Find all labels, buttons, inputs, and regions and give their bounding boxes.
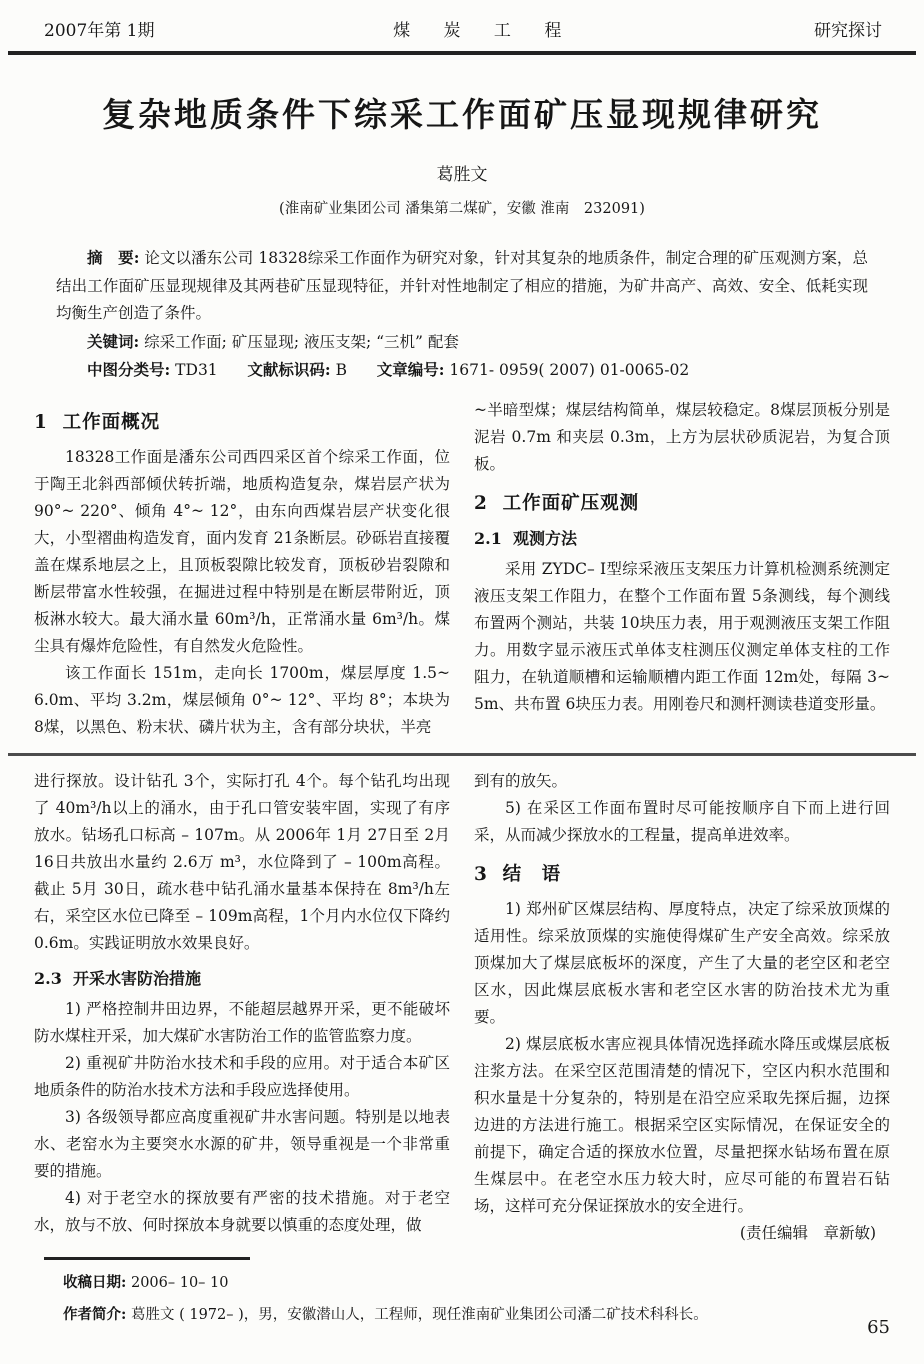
doc-code-label: 文献标识码: [247, 360, 330, 379]
paragraph-continuation-roof: ~半暗型煤；煤层结构简单，煤层较稳定。8煤层顶板分别是泥岩 0.7m 和夹层 0… [474, 397, 890, 478]
section-1-title: 工作面概况 [63, 412, 161, 433]
measure-item-1: 1) 严格控制井田边界，不能超层越界开采，更不能破坏防水煤柱开采，加大煤矿水害防… [34, 996, 450, 1050]
measure-item-2: 2) 重视矿井防治水技术和手段的应用。对于适合本矿区地质条件的防治水技术方法和手… [34, 1050, 450, 1104]
column-left-bottom: 进行探放。设计钻孔 3个，实际打孔 4个。每个钻孔均出现了 40m³/h以上的涌… [34, 768, 450, 1247]
section-2-3-number: 2.3 [34, 969, 62, 988]
section-2-3-title: 开采水害防治措施 [73, 969, 201, 988]
author-name: 葛胜文 [0, 160, 924, 185]
section-2-1-heading: 2.1观测方法 [474, 525, 890, 552]
measure-item-3: 3) 各级领导都应高度重视矿井水害问题。特别是以地表水、老窑水为主要突水水源的矿… [34, 1104, 450, 1185]
clc-label: 中图分类号: [87, 360, 170, 379]
section-2-heading: 2工作面矿压观测 [474, 490, 890, 517]
keywords-text: 综采工作面; 矿压显现; 液压支架; “三机” 配套 [144, 333, 459, 351]
paragraph-face-overview-2: 该工作面长 151m，走向长 1700m，煤层厚度 1.5~ 6.0m、平均 3… [34, 660, 450, 741]
issue-label: 2007年第 1期 [44, 16, 154, 41]
doc-code-value: B [336, 361, 347, 379]
section-2-number: 2 [474, 493, 488, 514]
paragraph-observation-method: 采用 ZYDC– I型综采液压支架压力计算机检测系统测定液压支架工作阻力，在整个… [474, 556, 890, 718]
section-2-title: 工作面矿压观测 [503, 493, 640, 514]
paper-page: 2007年第 1期 煤 炭 工 程 研究探讨 复杂地质条件下综采工作面矿压显现规… [0, 0, 924, 1364]
section-1-number: 1 [34, 412, 48, 433]
paragraph-drainage: 进行探放。设计钻孔 3个，实际打孔 4个。每个钻孔均出现了 40m³/h以上的涌… [34, 768, 450, 957]
affiliation: (淮南矿业集团公司 潘集第二煤矿，安徽 淮南 232091) [0, 197, 924, 218]
article-no-label: 文章编号: [377, 360, 445, 379]
middle-rule [8, 753, 916, 756]
footnote-rule [44, 1257, 250, 1260]
conclusion-item-2: 2) 煤层底板水害应视具体情况选择疏水降压或煤层底板注浆方法。在采空区范围清楚的… [474, 1031, 890, 1220]
abstract-label: 摘 要: [87, 248, 139, 267]
author-bio-line: 作者简介: 葛胜文 ( 1972– )，男，安徽潜山人，工程师，现任淮南矿业集团… [34, 1302, 890, 1328]
journal-name: 煤 炭 工 程 [393, 16, 575, 41]
footnote-block: 收稿日期: 2006– 10– 10 作者简介: 葛胜文 ( 1972– )，男… [34, 1270, 890, 1328]
section-1-heading: 1工作面概况 [34, 409, 450, 436]
paragraph-face-overview-1: 18328工作面是潘东公司西四采区首个综采工作面，位于陶王北斜西部倾伏转折端，地… [34, 444, 450, 660]
abstract-paragraph: 摘 要: 论文以潘东公司 18328综采工作面作为研究对象，针对其复杂的地质条件… [56, 244, 868, 328]
author-bio-label: 作者简介: [63, 1306, 126, 1323]
clc-value: TD31 [175, 361, 218, 379]
paper-title: 复杂地质条件下综采工作面矿压显现规律研究 [0, 89, 924, 136]
conclusion-item-1: 1) 郑州矿区煤层结构、厚度特点，决定了综采放顶煤的适用性。综采放顶煤的实施使得… [474, 896, 890, 1031]
column-right-bottom: 到有的放矢。 5) 在采区工作面布置时尽可能按顺序自下而上进行回采，从而减少探放… [474, 768, 890, 1247]
header-rule [8, 51, 916, 55]
column-tag: 研究探讨 [814, 16, 882, 41]
journal-header: 2007年第 1期 煤 炭 工 程 研究探讨 [0, 0, 924, 47]
page-number: 65 [867, 1317, 890, 1338]
measure-item-5: 5) 在采区工作面布置时尽可能按顺序自下而上进行回采，从而减少探放水的工程量，提… [474, 795, 890, 849]
paragraph-continuation-measures: 到有的放矢。 [474, 768, 890, 795]
abstract-text: 论文以潘东公司 18328综采工作面作为研究对象，针对其复杂的地质条件，制定合理… [56, 249, 868, 322]
keywords-line: 关键词: 综采工作面; 矿压显现; 液压支架; “三机” 配套 [56, 328, 868, 357]
responsible-editor: (责任编辑 章新敏) [474, 1220, 890, 1247]
received-date-line: 收稿日期: 2006– 10– 10 [34, 1270, 890, 1296]
section-3-title: 结 语 [503, 864, 562, 885]
abstract-block: 摘 要: 论文以潘东公司 18328综采工作面作为研究对象，针对其复杂的地质条件… [56, 244, 868, 385]
author-bio-value: 葛胜文 ( 1972– )，男，安徽潜山人，工程师，现任淮南矿业集团公司潘二矿技… [131, 1307, 708, 1323]
measure-item-4: 4) 对于老空水的探放要有严密的技术措施。对于老空水，放与不放、何时探放本身就要… [34, 1185, 450, 1239]
received-date-label: 收稿日期: [63, 1274, 126, 1291]
section-3-heading: 3结 语 [474, 861, 890, 888]
article-no-value: 1671- 0959( 2007) 01-0065-02 [449, 361, 689, 379]
column-left-top: 1工作面概况 18328工作面是潘东公司西四采区首个综采工作面，位于陶王北斜西部… [34, 397, 450, 741]
column-right-top: ~半暗型煤；煤层结构简单，煤层较稳定。8煤层顶板分别是泥岩 0.7m 和夹层 0… [474, 397, 890, 741]
body-columns-bottom: 进行探放。设计钻孔 3个，实际打孔 4个。每个钻孔均出现了 40m³/h以上的涌… [34, 768, 890, 1247]
section-2-1-title: 观测方法 [513, 529, 577, 548]
section-3-number: 3 [474, 864, 488, 885]
clc-line: 中图分类号: TD31 文献标识码: B 文章编号: 1671- 0959( 2… [56, 356, 868, 385]
body-columns-top: 1工作面概况 18328工作面是潘东公司西四采区首个综采工作面，位于陶王北斜西部… [34, 397, 890, 741]
section-2-3-heading: 2.3开采水害防治措施 [34, 965, 450, 992]
received-date-value: 2006– 10– 10 [131, 1275, 229, 1291]
keywords-label: 关键词: [87, 332, 139, 351]
section-2-1-number: 2.1 [474, 529, 502, 548]
